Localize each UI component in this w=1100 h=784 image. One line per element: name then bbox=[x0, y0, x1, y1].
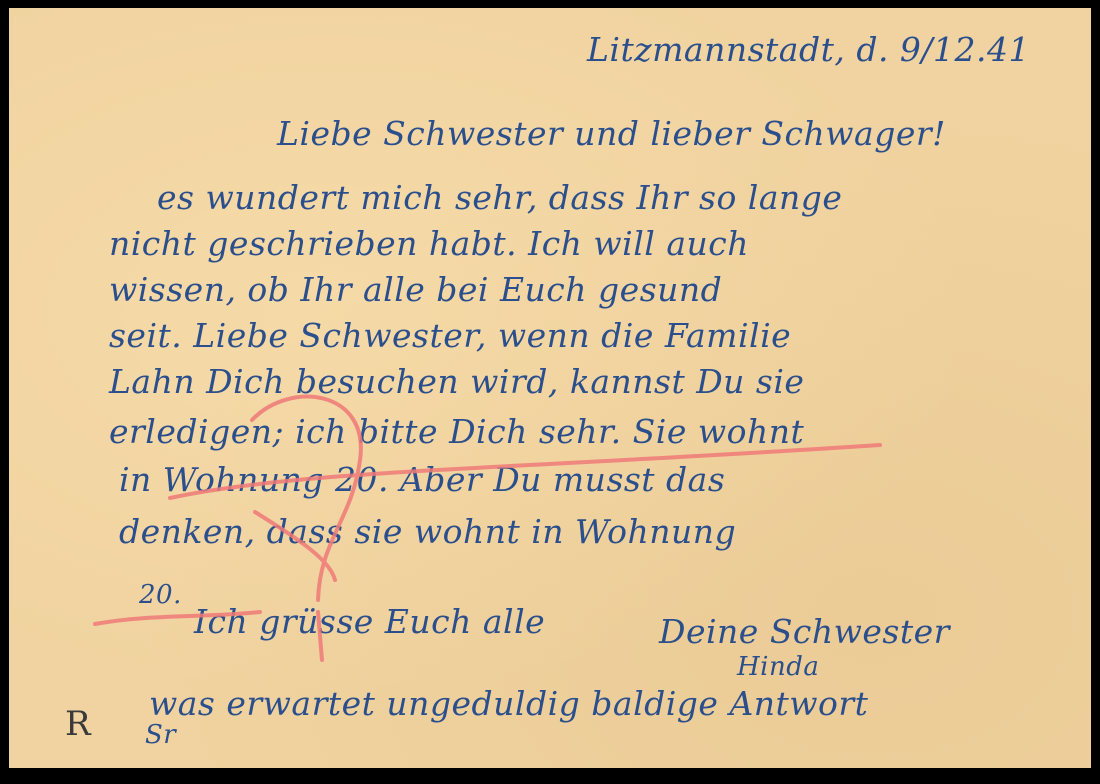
letter-line: nicht geschrieben habt. Ich will auch bbox=[109, 224, 749, 263]
letter-line: Lahn Dich besuchen wird, kannst Du sie bbox=[109, 362, 804, 401]
letter-line: seit. Liebe Schwester, wenn die Familie bbox=[109, 316, 791, 355]
pencil-mark: R bbox=[65, 704, 91, 744]
greeting: Ich grüsse Euch alle bbox=[194, 602, 545, 641]
letter-line: erledigen; ich bitte Dich sehr. Sie wohn… bbox=[109, 412, 804, 451]
closing: Deine Schwester bbox=[659, 612, 950, 651]
postcard: Litzmannstadt, d. 9/12.41 Liebe Schweste… bbox=[9, 8, 1091, 768]
postscript-initials: Sr bbox=[145, 720, 176, 750]
letter-line: denken, dass sie wohnt in Wohnung bbox=[119, 512, 736, 551]
place-date: Litzmannstadt, d. 9/12.41 bbox=[587, 30, 1030, 69]
postscript: was erwartet ungeduldig baldige Antwort bbox=[149, 684, 868, 723]
letter-line: wissen, ob Ihr alle bei Euch gesund bbox=[109, 270, 722, 309]
letter-line: es wundert mich sehr, dass Ihr so lange bbox=[157, 178, 842, 217]
letter-line: 20. bbox=[139, 580, 182, 610]
salutation: Liebe Schwester und lieber Schwager! bbox=[277, 114, 946, 153]
signature: Hinda bbox=[737, 652, 819, 682]
letter-line: in Wohnung 20. Aber Du musst das bbox=[119, 460, 725, 499]
